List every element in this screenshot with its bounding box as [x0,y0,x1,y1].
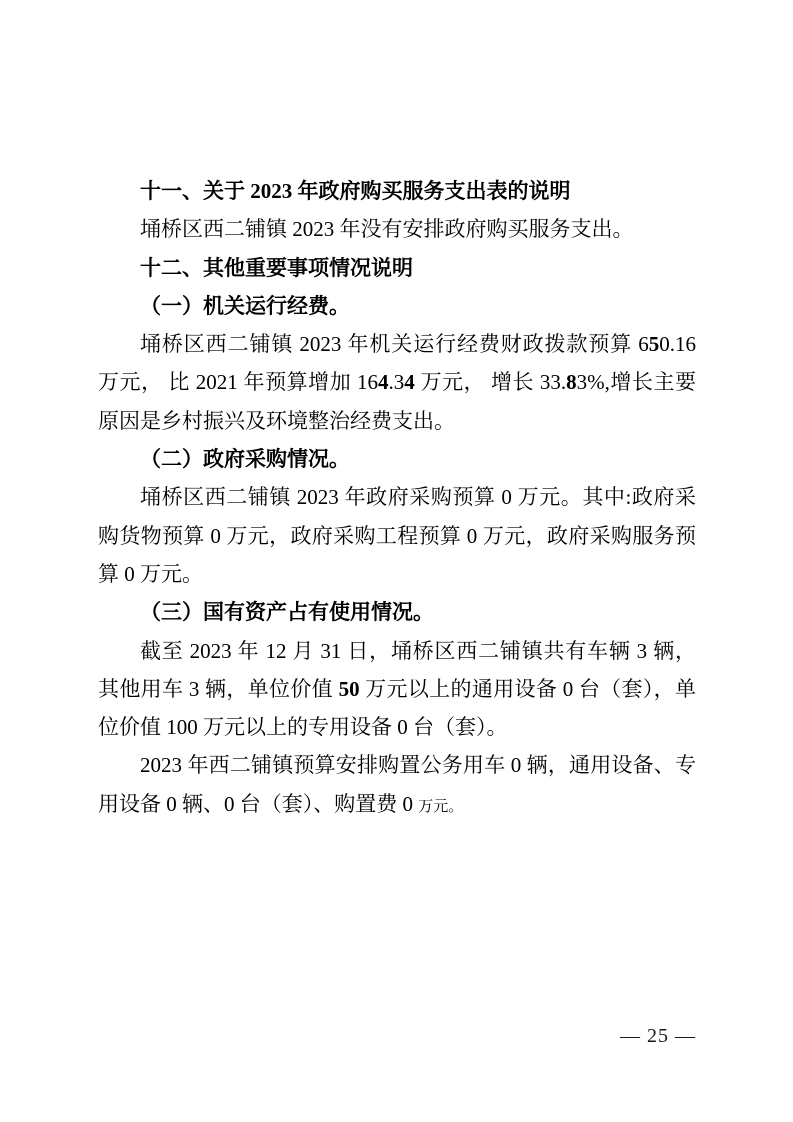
text-segment: （三）国有资产占有使用情况。 [140,600,434,624]
text-segment: 万元。 [418,799,463,815]
text-segment: 十二、其他重要事项情况说明 [140,256,413,280]
text-segment: 4 [378,370,389,394]
text-segment: .3 [389,370,405,394]
para-state-assets-detail: 截至 2023 年 12 月 31 日，埇桥区西二铺镇共有车辆 3 辆，其他用车… [98,632,696,747]
text-segment: （一）机关运行经费。 [140,294,350,318]
text-segment: 埇桥区西二铺镇 2023 年没有安排政府购买服务支出。 [140,217,634,241]
heading-item-two-government-procurement: （二）政府采购情况。 [98,440,696,478]
para-no-procurement-services: 埇桥区西二铺镇 2023 年没有安排政府购买服务支出。 [98,210,696,248]
text-segment: 埇桥区西二铺镇 2023 年机关运行经费财政拨款预算 6 [140,332,649,356]
text-segment: 2023 年西二铺镇预算安排购置公务用车 0 辆，通用设备、专用设备 0 辆、0… [98,753,696,815]
para-government-procurement-detail: 埇桥区西二铺镇 2023 年政府采购预算 0 万元。其中:政府采购货物预算 0 … [98,478,696,593]
page-number: — 25 — [620,1024,696,1048]
text-segment: 50 [339,677,360,701]
text-segment: 万元， 增长 33. [415,370,566,394]
document-page: 十一、关于 2023 年政府购买服务支出表的说明 埇桥区西二铺镇 2023 年没… [0,0,793,1122]
para-operating-funds-detail: 埇桥区西二铺镇 2023 年机关运行经费财政拨款预算 650.16 万元， 比 … [98,325,696,440]
heading-item-three-state-assets-usage: （三）国有资产占有使用情况。 [98,593,696,631]
heading-section-twelve-other-important-matters: 十二、其他重要事项情况说明 [98,249,696,287]
heading-item-one-agency-operating-funds: （一）机关运行经费。 [98,287,696,325]
para-vehicle-equipment-purchase-plan: 2023 年西二铺镇预算安排购置公务用车 0 辆，通用设备、专用设备 0 辆、0… [98,746,696,826]
text-segment: 十一、关于 2023 年政府购买服务支出表的说明 [140,179,571,203]
text-segment: 4 [404,370,415,394]
document-body: 十一、关于 2023 年政府购买服务支出表的说明 埇桥区西二铺镇 2023 年没… [98,172,696,826]
heading-section-eleven-procurement-services-table: 十一、关于 2023 年政府购买服务支出表的说明 [98,172,696,210]
text-segment: 埇桥区西二铺镇 2023 年政府采购预算 0 万元。其中:政府采购货物预算 0 … [98,485,696,586]
text-segment: 5 [649,332,660,356]
text-segment: 8 [566,370,577,394]
text-segment: （二）政府采购情况。 [140,447,350,471]
